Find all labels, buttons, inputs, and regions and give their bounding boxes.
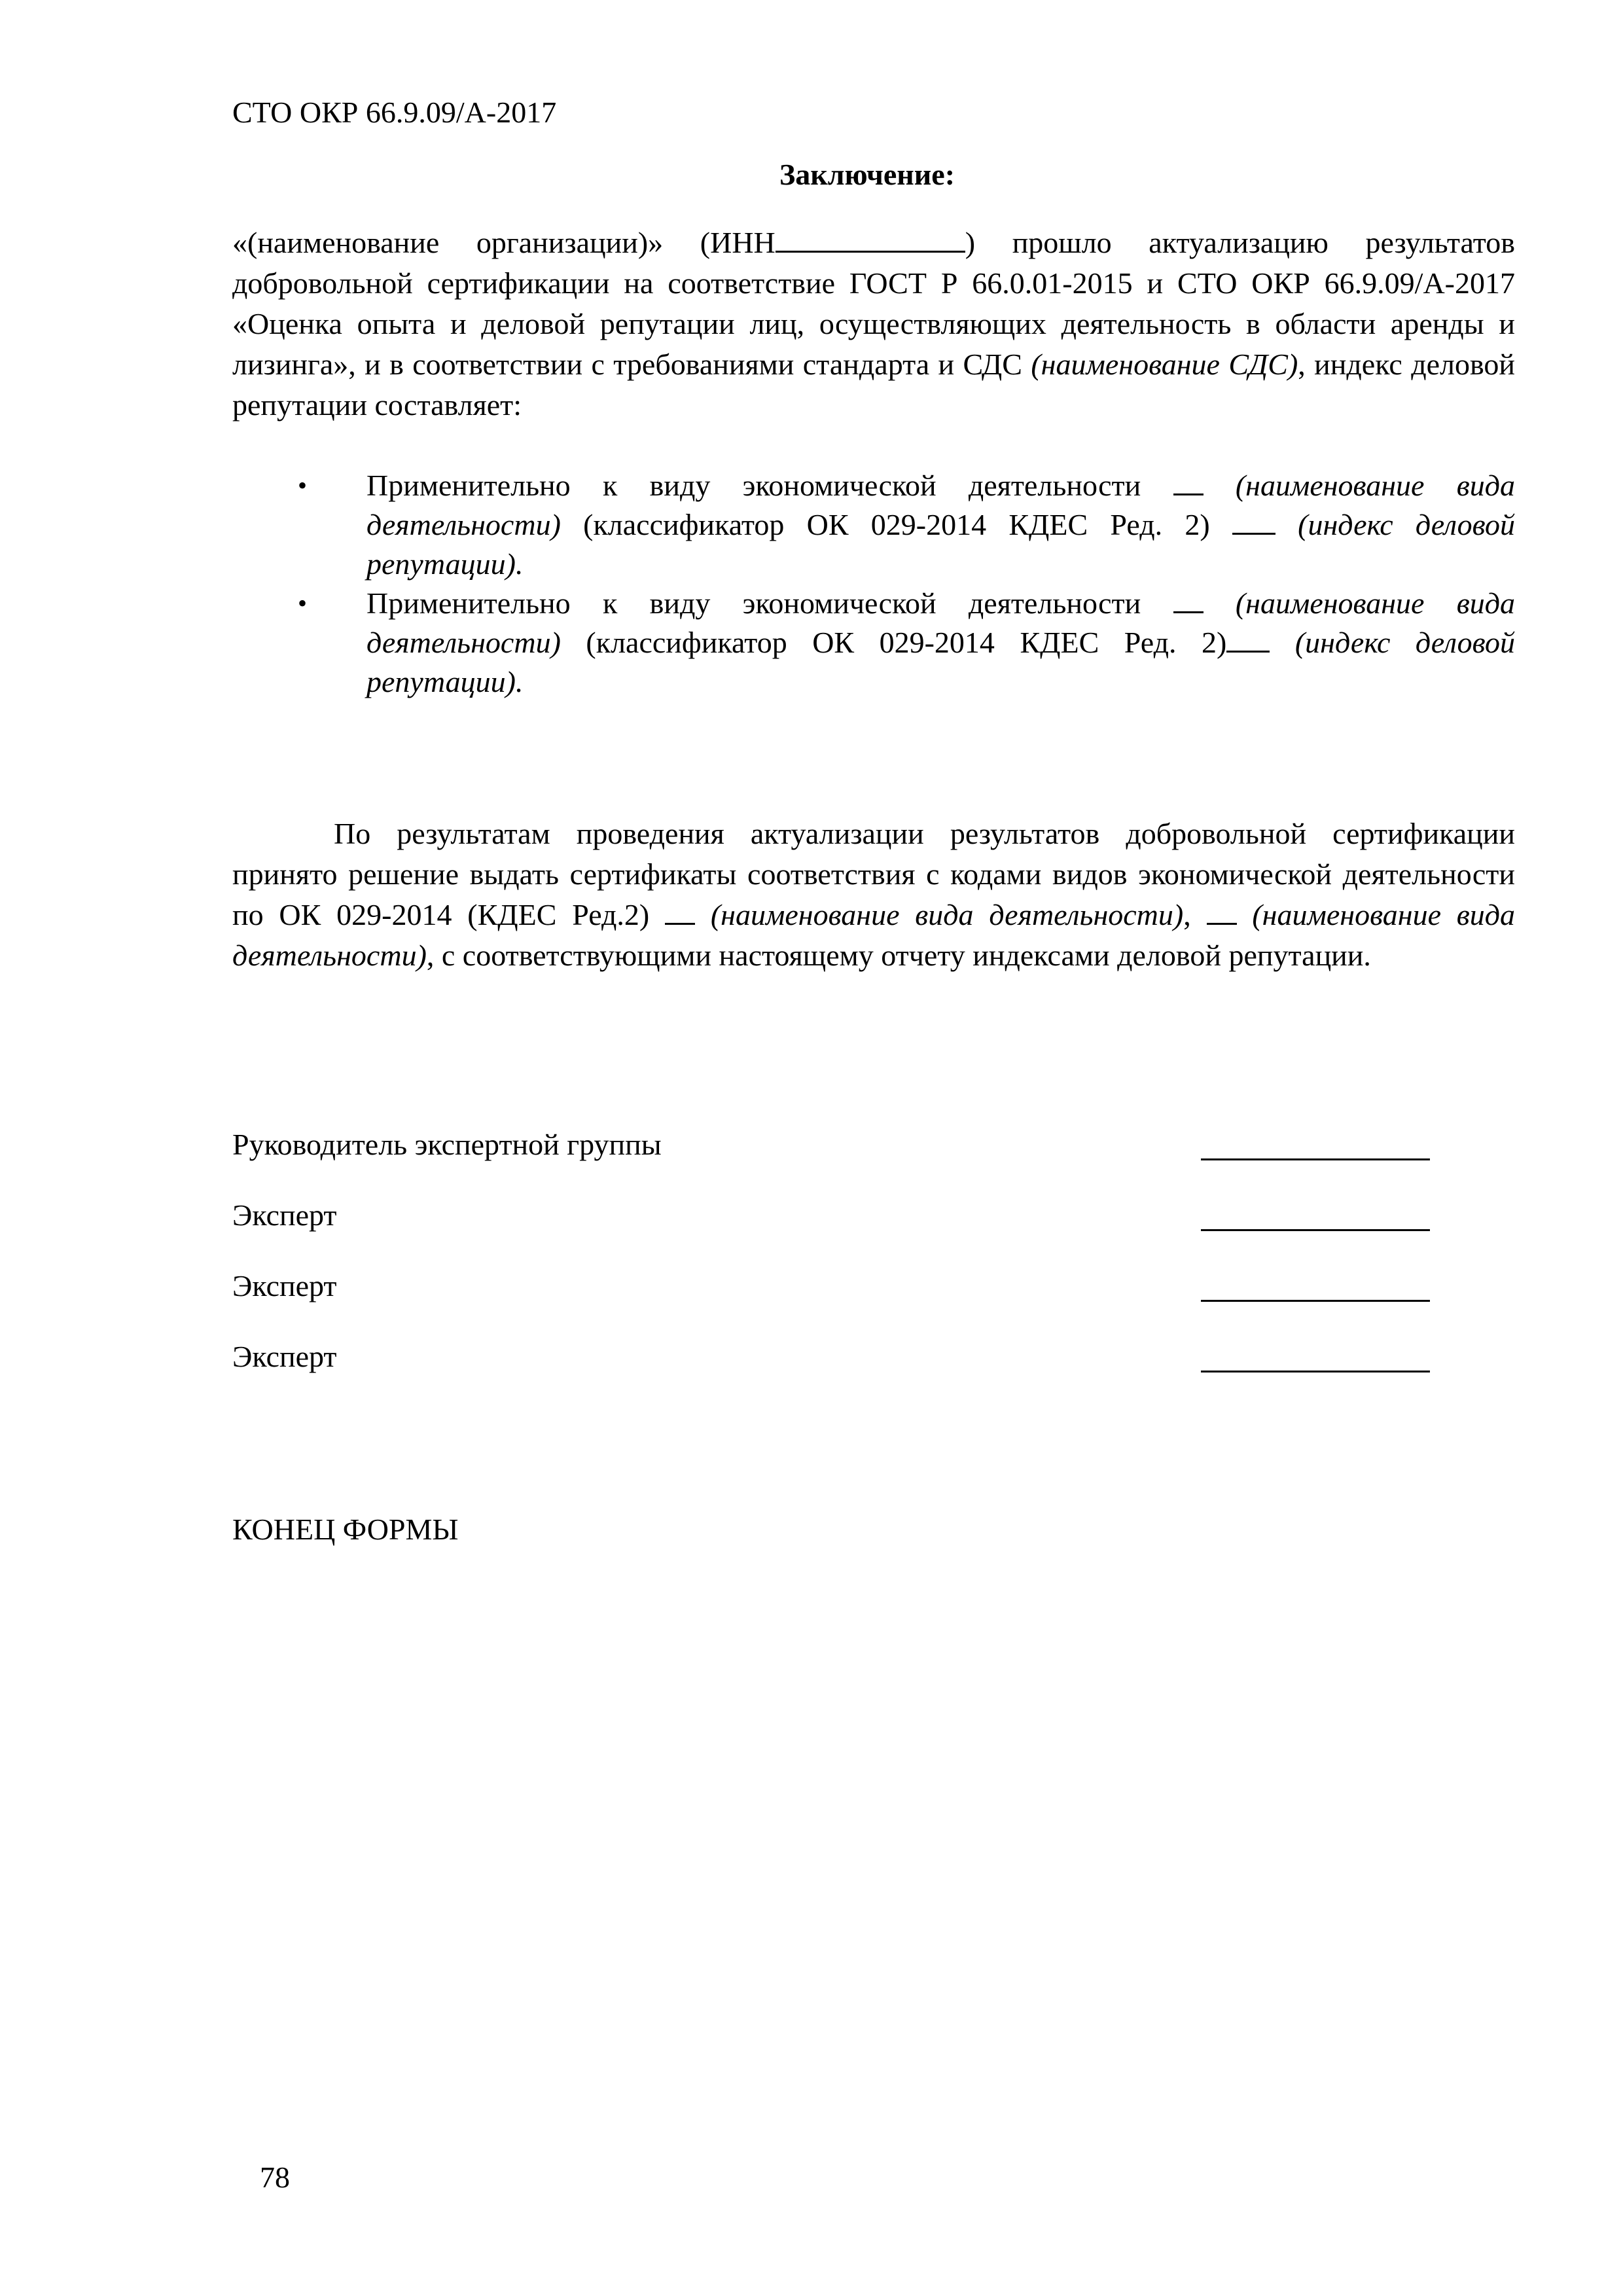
- list-item-end: .: [516, 547, 524, 581]
- signature-role-label: Эксперт: [232, 1198, 337, 1232]
- list-item-text: Применительно к виду экономической деяте…: [366, 586, 1173, 620]
- signature-row-expert: Эксперт: [232, 1198, 1430, 1237]
- activity-blank-field: [1173, 467, 1204, 495]
- activity-blank-field-2: [1207, 897, 1237, 925]
- list-item: •Применительно к виду экономической деят…: [366, 466, 1515, 584]
- section-title: Заключение:: [0, 157, 1623, 192]
- classifier-text: (классификатор ОК 029-2014 КДЕС Ред. 2): [561, 626, 1226, 659]
- signature-row-expert: Эксперт: [232, 1339, 1430, 1378]
- list-item: •Применительно к виду экономической деят…: [366, 584, 1515, 702]
- reputation-index-list: •Применительно к виду экономической деят…: [366, 466, 1515, 702]
- classifier-text: (классификатор ОК 029-2014 КДЕС Ред. 2): [561, 508, 1232, 541]
- list-item-end: .: [516, 665, 524, 698]
- page-number: 78: [260, 2160, 290, 2195]
- end-of-form-marker: КОНЕЦ ФОРМЫ: [232, 1512, 459, 1547]
- conclusion-paragraph: «(наименование организации)» (ИНН) прошл…: [232, 223, 1515, 425]
- signature-line: [1201, 1300, 1430, 1302]
- signature-line: [1201, 1371, 1430, 1372]
- signature-line: [1201, 1158, 1430, 1160]
- signature-role-label: Руководитель экспертной группы: [232, 1127, 662, 1162]
- separator: ,: [1183, 898, 1206, 931]
- decision-tail: , с соответствующими настоящему отчету и…: [427, 939, 1371, 972]
- activity-placeholder-1: (наименование вида деятельности): [711, 898, 1183, 931]
- index-blank-field: [1232, 507, 1275, 535]
- document-code-header: СТО ОКР 66.9.09/А-2017: [232, 95, 556, 130]
- bullet-icon: •: [298, 584, 307, 623]
- decision-paragraph: По результатам проведения актуализации р…: [232, 814, 1515, 976]
- signature-role-label: Эксперт: [232, 1339, 337, 1374]
- signature-line: [1201, 1229, 1430, 1231]
- index-blank-field: [1226, 624, 1270, 653]
- activity-blank-field-1: [665, 897, 695, 925]
- activity-blank-field: [1173, 585, 1204, 613]
- list-item-text: Применительно к виду экономической деяте…: [366, 469, 1173, 502]
- sds-name-placeholder: (наименование СДС): [1031, 348, 1298, 381]
- bullet-icon: •: [298, 466, 307, 505]
- org-name-placeholder: «(наименование организации)» (ИНН: [232, 226, 776, 259]
- signature-row-lead-expert: Руководитель экспертной группы: [232, 1127, 1430, 1166]
- signature-role-label: Эксперт: [232, 1268, 337, 1303]
- signature-row-expert: Эксперт: [232, 1268, 1430, 1308]
- inn-blank-field: [776, 224, 965, 253]
